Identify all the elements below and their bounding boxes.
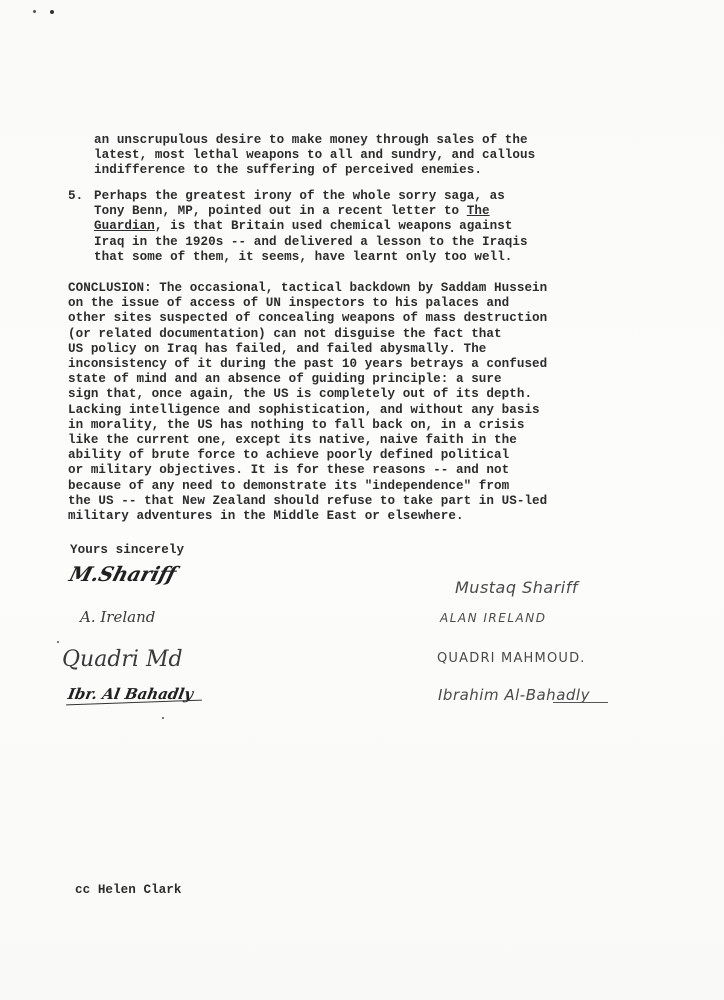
text-line: that some of them, it seems, have learnt… — [94, 250, 528, 265]
list-item-number: 5. — [68, 189, 83, 204]
signature-shariff: M.Shariff — [67, 562, 179, 586]
printed-name-mahmoud: QUADRI MAHMOUD. — [437, 651, 586, 666]
list-item-5: 5. Perhaps the greatest irony of the who… — [68, 189, 98, 250]
text-line: the US -- that New Zealand should refuse… — [68, 494, 547, 509]
text-line: Tony Benn, MP, pointed out in a recent l… — [94, 204, 528, 219]
text-line: Guardian, is that Britain used chemical … — [94, 219, 528, 234]
text-line: because of any need to demonstrate its "… — [68, 479, 547, 494]
printed-name-al-bahadly: Ibrahim Al-Bahadly — [438, 686, 590, 704]
closing-salutation: Yours sincerely — [70, 543, 184, 558]
text-line: inconsistency of it during the past 10 y… — [68, 357, 547, 372]
text-line: military adventures in the Middle East o… — [68, 509, 547, 524]
text-line: or military objectives. It is for these … — [68, 463, 547, 478]
text-line: Iraq in the 1920s -- and delivered a les… — [94, 235, 528, 250]
cc-line: cc Helen Clark — [75, 883, 182, 898]
text-line: ability of brute force to achieve poorly… — [68, 448, 547, 463]
list-item-body: Perhaps the greatest irony of the whole … — [94, 189, 528, 265]
text-line: Perhaps the greatest irony of the whole … — [94, 189, 528, 204]
text-line: an unscrupulous desire to make money thr… — [94, 133, 535, 148]
newspaper-title: The — [467, 204, 490, 218]
conclusion-paragraph: CONCLUSION: The occasional, tactical bac… — [68, 281, 547, 524]
text-line: indifference to the suffering of perceiv… — [94, 163, 535, 178]
text-line: state of mind and an absence of guiding … — [68, 372, 547, 387]
text-line: other sites suspected of concealing weap… — [68, 311, 547, 326]
stray-mark — [57, 641, 59, 643]
text-line: latest, most lethal weapons to all and s… — [94, 148, 535, 163]
letter-page: an unscrupulous desire to make money thr… — [0, 0, 724, 1000]
continued-paragraph: an unscrupulous desire to make money thr… — [94, 133, 535, 179]
text-line: (or related documentation) can not disgu… — [68, 327, 547, 342]
text-line: in morality, the US has nothing to fall … — [68, 418, 547, 433]
text-line: CONCLUSION: The occasional, tactical bac… — [68, 281, 547, 296]
signature-mahmoud: Quadri Md — [62, 647, 183, 672]
text-line: like the current one, except its native,… — [68, 433, 547, 448]
text-line: on the issue of access of UN inspectors … — [68, 296, 547, 311]
text-line: Lacking intelligence and sophistication,… — [68, 403, 547, 418]
newspaper-title: Guardian — [94, 219, 155, 233]
text-line: US policy on Iraq has failed, and failed… — [68, 342, 547, 357]
signature-ireland: A. Ireland — [80, 608, 155, 626]
punch-hole-marks — [30, 8, 70, 16]
printed-name-ireland: ALAN IRELAND — [440, 611, 546, 625]
signature-al-bahadly: Ibr. Al Bahadly — [66, 685, 194, 703]
stray-mark — [162, 717, 164, 719]
text-line: sign that, once again, the US is complet… — [68, 387, 547, 402]
printed-name-shariff: Mustaq Shariff — [455, 578, 578, 597]
